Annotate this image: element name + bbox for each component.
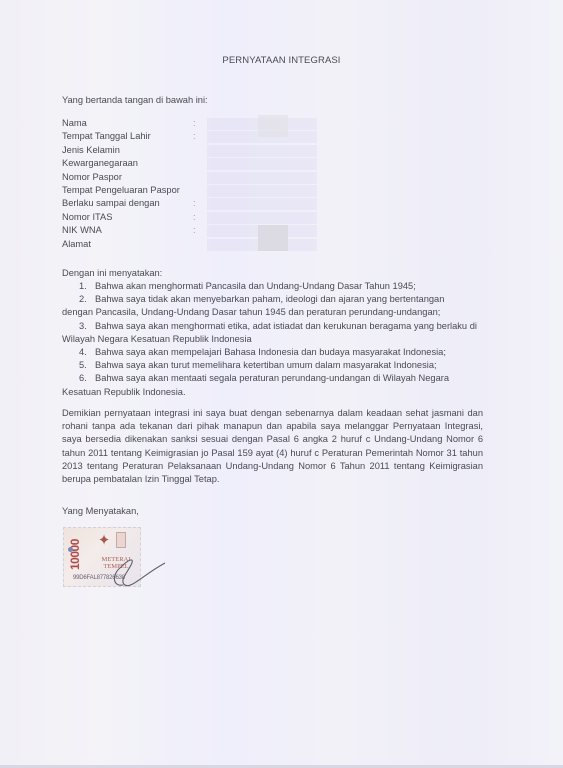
statement-number: 3. bbox=[79, 320, 95, 333]
field-label: Nomor Paspor bbox=[62, 171, 122, 184]
field-colon: : bbox=[193, 117, 196, 130]
closing-text: Demikian pernyataan integrasi ini saya b… bbox=[62, 407, 483, 486]
field-label: Nomor ITAS bbox=[62, 211, 112, 224]
field-label: Nama bbox=[62, 117, 87, 130]
signoff-text: Yang Menyatakan, bbox=[62, 505, 139, 518]
field-colon: : bbox=[193, 224, 196, 237]
redaction-block bbox=[258, 115, 288, 137]
statement-number: 2. bbox=[79, 293, 95, 306]
closing-paragraph: Demikian pernyataan integrasi ini saya b… bbox=[62, 407, 483, 486]
document-page: PERNYATAAN INTEGRASI Yang bertanda tanga… bbox=[0, 0, 563, 768]
field-label: Berlaku sampai dengan bbox=[62, 197, 160, 210]
statement-item: 5.Bahwa saya akan turut memelihara keter… bbox=[79, 359, 483, 372]
statement-text: Bahwa saya akan mentaati segala peratura… bbox=[95, 373, 449, 383]
statement-number: 6. bbox=[79, 372, 95, 385]
stamp-dot bbox=[68, 547, 73, 552]
intro-text: Yang bertanda tangan di bawah ini: bbox=[62, 94, 208, 107]
redacted-value bbox=[207, 172, 317, 184]
field-label: Kewarganegaraan bbox=[62, 157, 138, 170]
redacted-value bbox=[207, 212, 317, 224]
field-colon: : bbox=[193, 197, 196, 210]
statement-text: Bahwa saya tidak akan menyebarkan paham,… bbox=[95, 294, 444, 304]
statement-item: 3.Bahwa saya akan menghormati etika, ada… bbox=[79, 320, 483, 333]
statement-number: 4. bbox=[79, 346, 95, 359]
statement-continuation: Wilayah Negara Kesatuan Republik Indones… bbox=[62, 333, 483, 346]
field-label: Tempat Tanggal Lahir bbox=[62, 130, 151, 143]
statement-number: 1. bbox=[79, 280, 95, 293]
statement-text: Bahwa akan menghormati Pancasila dan Und… bbox=[95, 281, 416, 291]
redaction-block bbox=[258, 225, 288, 251]
redacted-value bbox=[207, 145, 317, 157]
stamp-serial-prefix: 99D6FAL bbox=[73, 575, 97, 581]
redacted-value bbox=[207, 185, 317, 197]
statement-item: 1.Bahwa akan menghormati Pancasila dan U… bbox=[79, 280, 483, 293]
statement-text: Bahwa saya akan turut memelihara keterti… bbox=[95, 360, 437, 370]
document-title: PERNYATAAN INTEGRASI bbox=[0, 55, 563, 66]
statement-continuation: Kesatuan Republik Indonesia. bbox=[62, 386, 483, 399]
field-label: NIK WNA bbox=[62, 224, 102, 237]
signature-mark bbox=[95, 545, 165, 595]
statement-text: Bahwa saya akan mempelajari Bahasa Indon… bbox=[95, 347, 446, 357]
field-label: Alamat bbox=[62, 238, 91, 251]
statement-item: 6.Bahwa saya akan mentaati segala peratu… bbox=[79, 372, 483, 385]
declaration-heading: Dengan ini menyatakan: bbox=[62, 267, 162, 280]
stamp-value: 10000 bbox=[68, 534, 82, 576]
statement-continuation: dengan Pancasila, Undang-Undang Dasar ta… bbox=[62, 306, 483, 319]
redacted-value bbox=[207, 198, 317, 210]
field-label: Jenis Kelamin bbox=[62, 144, 120, 157]
redacted-value bbox=[207, 158, 317, 170]
statement-list: 1.Bahwa akan menghormati Pancasila dan U… bbox=[79, 280, 483, 399]
statement-text: Bahwa saya akan menghormati etika, adat … bbox=[95, 321, 477, 331]
field-label: Tempat Pengeluaran Paspor bbox=[62, 184, 180, 197]
field-colon: : bbox=[193, 130, 196, 143]
statement-item: 2.Bahwa saya tidak akan menyebarkan paha… bbox=[79, 293, 483, 306]
field-colon: : bbox=[193, 211, 196, 224]
statement-number: 5. bbox=[79, 359, 95, 372]
statement-item: 4.Bahwa saya akan mempelajari Bahasa Ind… bbox=[79, 346, 483, 359]
